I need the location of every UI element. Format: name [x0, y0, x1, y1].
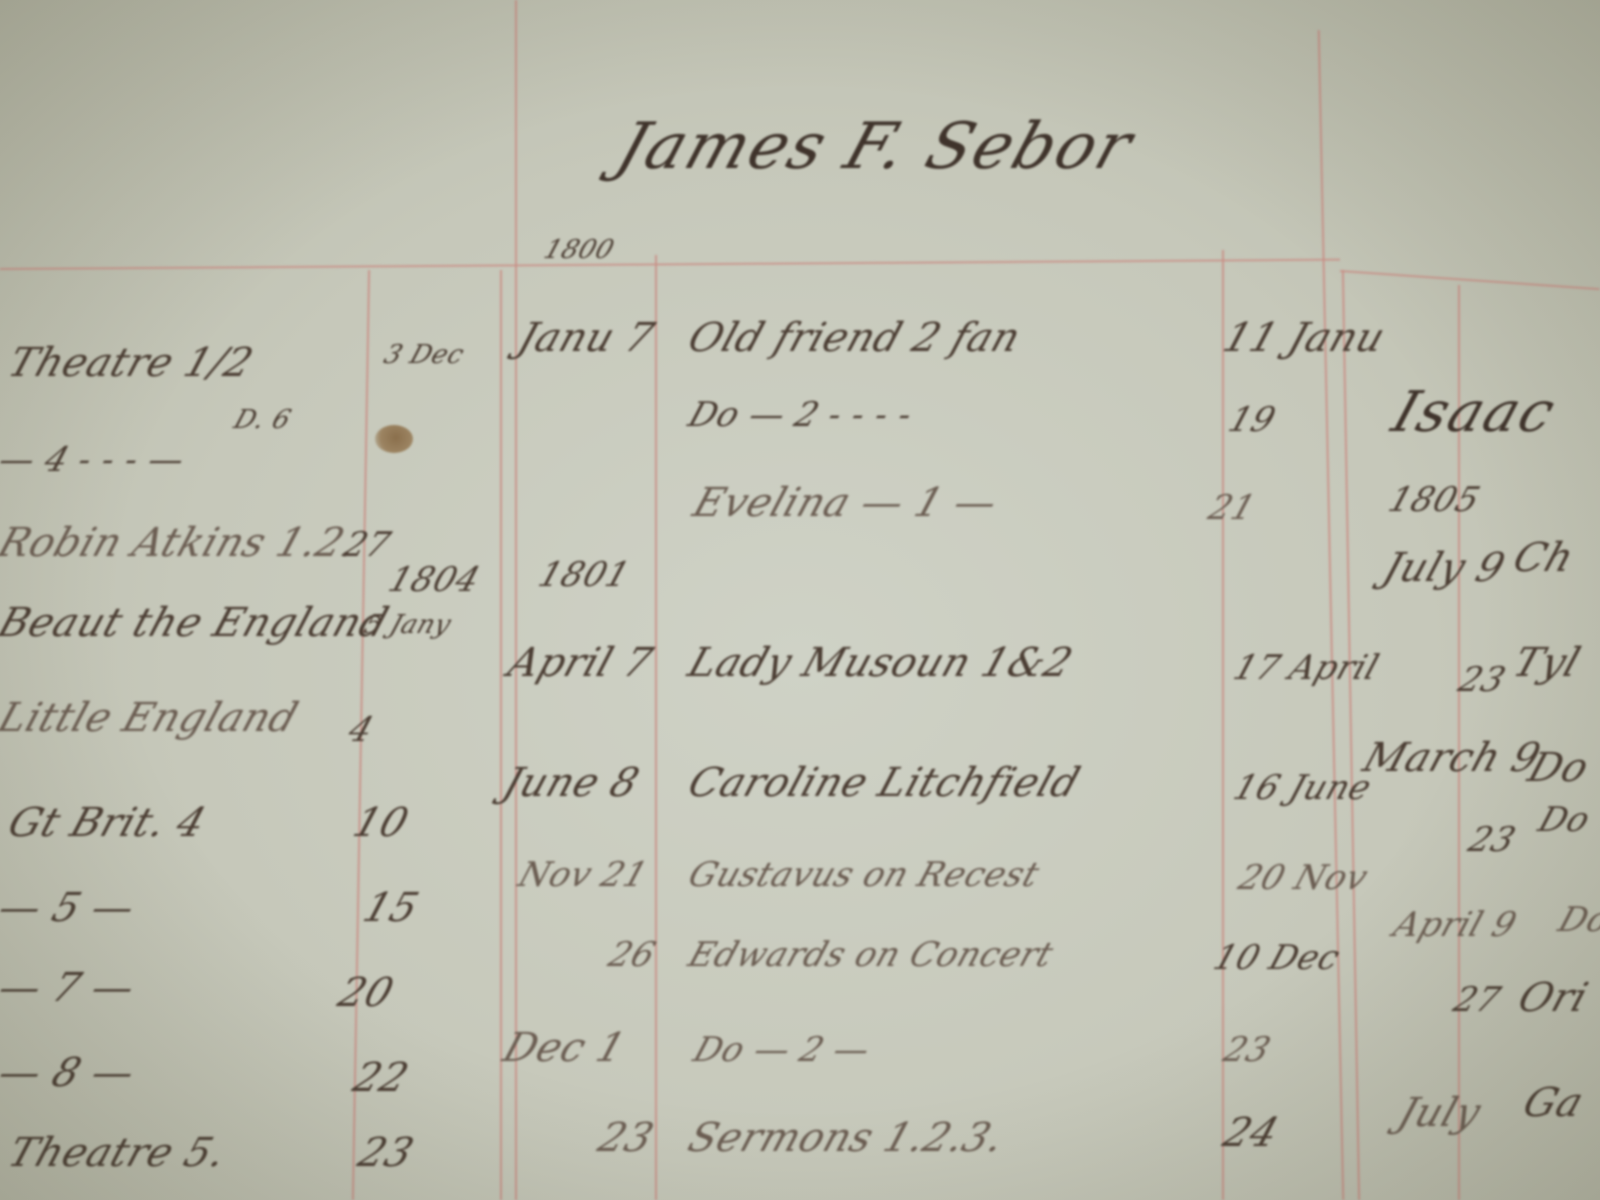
entry-description: — 5 — [0, 885, 141, 931]
entry-ref: 23 [353, 1130, 420, 1176]
entry-date: April 7 [503, 640, 659, 686]
entry-ref: 3 Dec [380, 340, 468, 370]
entry-description: Theatre 1/2 [3, 340, 259, 386]
entry-ref: 23 [1219, 1030, 1276, 1070]
account-heading: James F. Sebor [608, 110, 1143, 184]
column-rule [515, 0, 517, 1200]
entry-description: Caroline Litchfield [683, 760, 1086, 806]
column-rule [1342, 270, 1360, 1200]
entry-ref: 5 Jany [360, 610, 455, 640]
column-rule [1318, 30, 1345, 1200]
entry-description: Lady Musoun 1&2 [683, 640, 1079, 686]
entry-description: Ga [1518, 1080, 1590, 1126]
entry-description: Little England [0, 695, 304, 741]
column-rule [655, 255, 657, 1200]
entry-description: Gt Brit. 4 [3, 800, 212, 846]
entry-description: Tyl [1508, 640, 1587, 686]
entry-ref: 10 Dec [1209, 938, 1345, 978]
entry-description: Do — 2 - - - - [684, 395, 918, 435]
entry-ref: 15 [358, 885, 425, 931]
entry-ref: 1804 [384, 560, 486, 600]
entry-date: 23 [1464, 820, 1521, 860]
entry-description: Ch [1508, 535, 1580, 581]
entry-description: Old friend 2 fan [683, 315, 1027, 361]
entry-ref: 11 Janu [1218, 315, 1391, 361]
entry-description: — 7 — [0, 965, 141, 1011]
entry-description: — 8 — [0, 1050, 141, 1096]
entry-description: Sermons 1.2.3. [683, 1115, 1011, 1161]
entry-description: Gustavus on Recest [684, 855, 1045, 895]
year-label: 1800 [540, 235, 618, 265]
entry-description: Theatre 5. [3, 1130, 233, 1176]
entry-date: Dec 1 [498, 1025, 632, 1071]
year-label: 1805 [1384, 480, 1486, 520]
entry-date: June 8 [498, 760, 645, 806]
entry-ref: 22 [348, 1055, 415, 1101]
entry-date: 23 [1454, 660, 1511, 700]
entry-description: Ori [1513, 975, 1594, 1021]
header-rule [1340, 270, 1600, 290]
entry-ref: 17 April [1229, 648, 1384, 688]
entry-description: Evelina — 1 — [688, 480, 1004, 526]
entry-description: D. 6 [230, 405, 295, 435]
entry-date: July 9 [1378, 545, 1511, 591]
entry-date: Janu 7 [513, 315, 661, 361]
entry-ref: 10 [348, 800, 415, 846]
entry-description: — 4 - - - — [0, 440, 190, 480]
year-label: 1801 [534, 555, 636, 595]
entry-ref: 20 [333, 970, 400, 1016]
entry-ref: 20 Nov [1234, 858, 1373, 898]
entry-date: March 9 [1358, 735, 1547, 781]
entry-description: Do — 2 — [689, 1030, 876, 1070]
entry-description: Robin Atkins 1.2. [0, 520, 364, 566]
entry-date: 23 [593, 1115, 660, 1161]
entry-ref: 16 June [1229, 768, 1377, 808]
entry-description: Do [1534, 800, 1596, 840]
entry-description: Edwards on Concert [684, 935, 1059, 975]
entry-ref: 21 [1204, 488, 1261, 528]
ledger-page: James F. Sebor 1800 Janu 7 Old friend 2 … [0, 0, 1600, 1200]
entry-description: Do [1554, 900, 1600, 940]
entry-description: Beaut the England [0, 600, 394, 646]
entry-ref: 24 [1218, 1110, 1285, 1156]
entry-date: Nov 21 [514, 855, 653, 895]
entry-date: April 9 [1389, 905, 1522, 945]
entry-date: 26 [604, 935, 661, 975]
header-rule [0, 259, 1340, 270]
entry-ref: 19 [1224, 400, 1281, 440]
account-heading: Isaac [1384, 380, 1564, 445]
ink-blot [375, 425, 413, 453]
entry-ref: 4 [344, 710, 379, 750]
entry-date: July [1393, 1090, 1487, 1136]
